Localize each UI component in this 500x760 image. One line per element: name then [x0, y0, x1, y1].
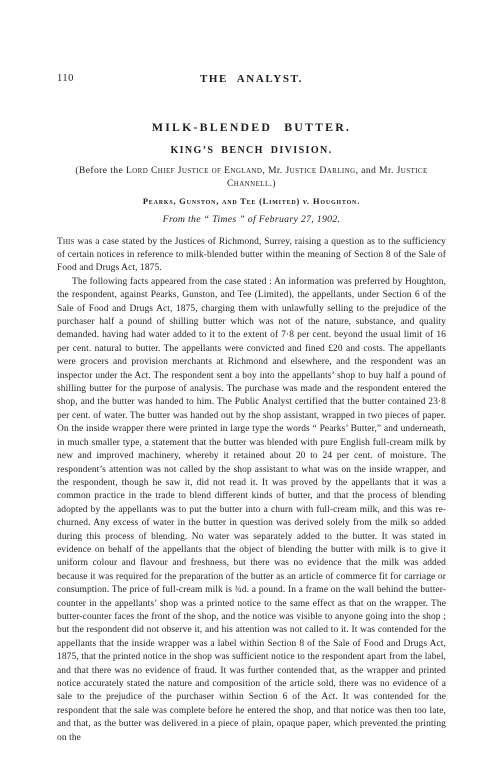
journal-title: THE ANALYST. — [57, 73, 446, 85]
article-title: MILK-BLENDED BUTTER. — [57, 120, 446, 135]
case-defendant: Houghton. — [313, 197, 360, 206]
running-head: 110 THE ANALYST. — [57, 73, 446, 87]
judge-lord-chief-justice: Lord Chief Justice of England — [126, 165, 262, 176]
judges-separator-2: , and Mr. — [356, 165, 397, 176]
judges-prefix: (Before the — [75, 165, 126, 176]
judge-darling: Justice Darling — [286, 165, 356, 176]
paragraph-2-text: The following facts appeared from the ca… — [57, 277, 446, 743]
paragraph-1-lead: This — [57, 237, 74, 247]
judges-suffix: .) — [270, 178, 276, 189]
case-name: Pearks, Gunston, and Tee (Limited) v. Ho… — [57, 197, 446, 206]
judges-line: (Before the Lord Chief Justice of Englan… — [57, 165, 446, 191]
case-plaintiff: Pearks, Gunston, and Tee (Limited) — [143, 197, 300, 206]
page-content: 110 THE ANALYST. MILK-BLENDED BUTTER. KI… — [57, 73, 446, 745]
body-text: This was a case stated by the Justices o… — [57, 236, 446, 745]
case-versus: v. — [303, 197, 310, 206]
journal-page: 110 THE ANALYST. MILK-BLENDED BUTTER. KI… — [0, 0, 500, 760]
judges-separator-1: , Mr. — [262, 165, 285, 176]
paragraph-1-text: was a case stated by the Justices of Ric… — [57, 237, 446, 274]
page-number: 110 — [57, 73, 74, 84]
paragraph-2: The following facts appeared from the ca… — [57, 276, 446, 745]
source-line: From the “ Times ” of February 27, 1902. — [57, 214, 446, 225]
court-heading: KING’S BENCH DIVISION. — [57, 145, 446, 156]
paragraph-1: This was a case stated by the Justices o… — [57, 236, 446, 276]
